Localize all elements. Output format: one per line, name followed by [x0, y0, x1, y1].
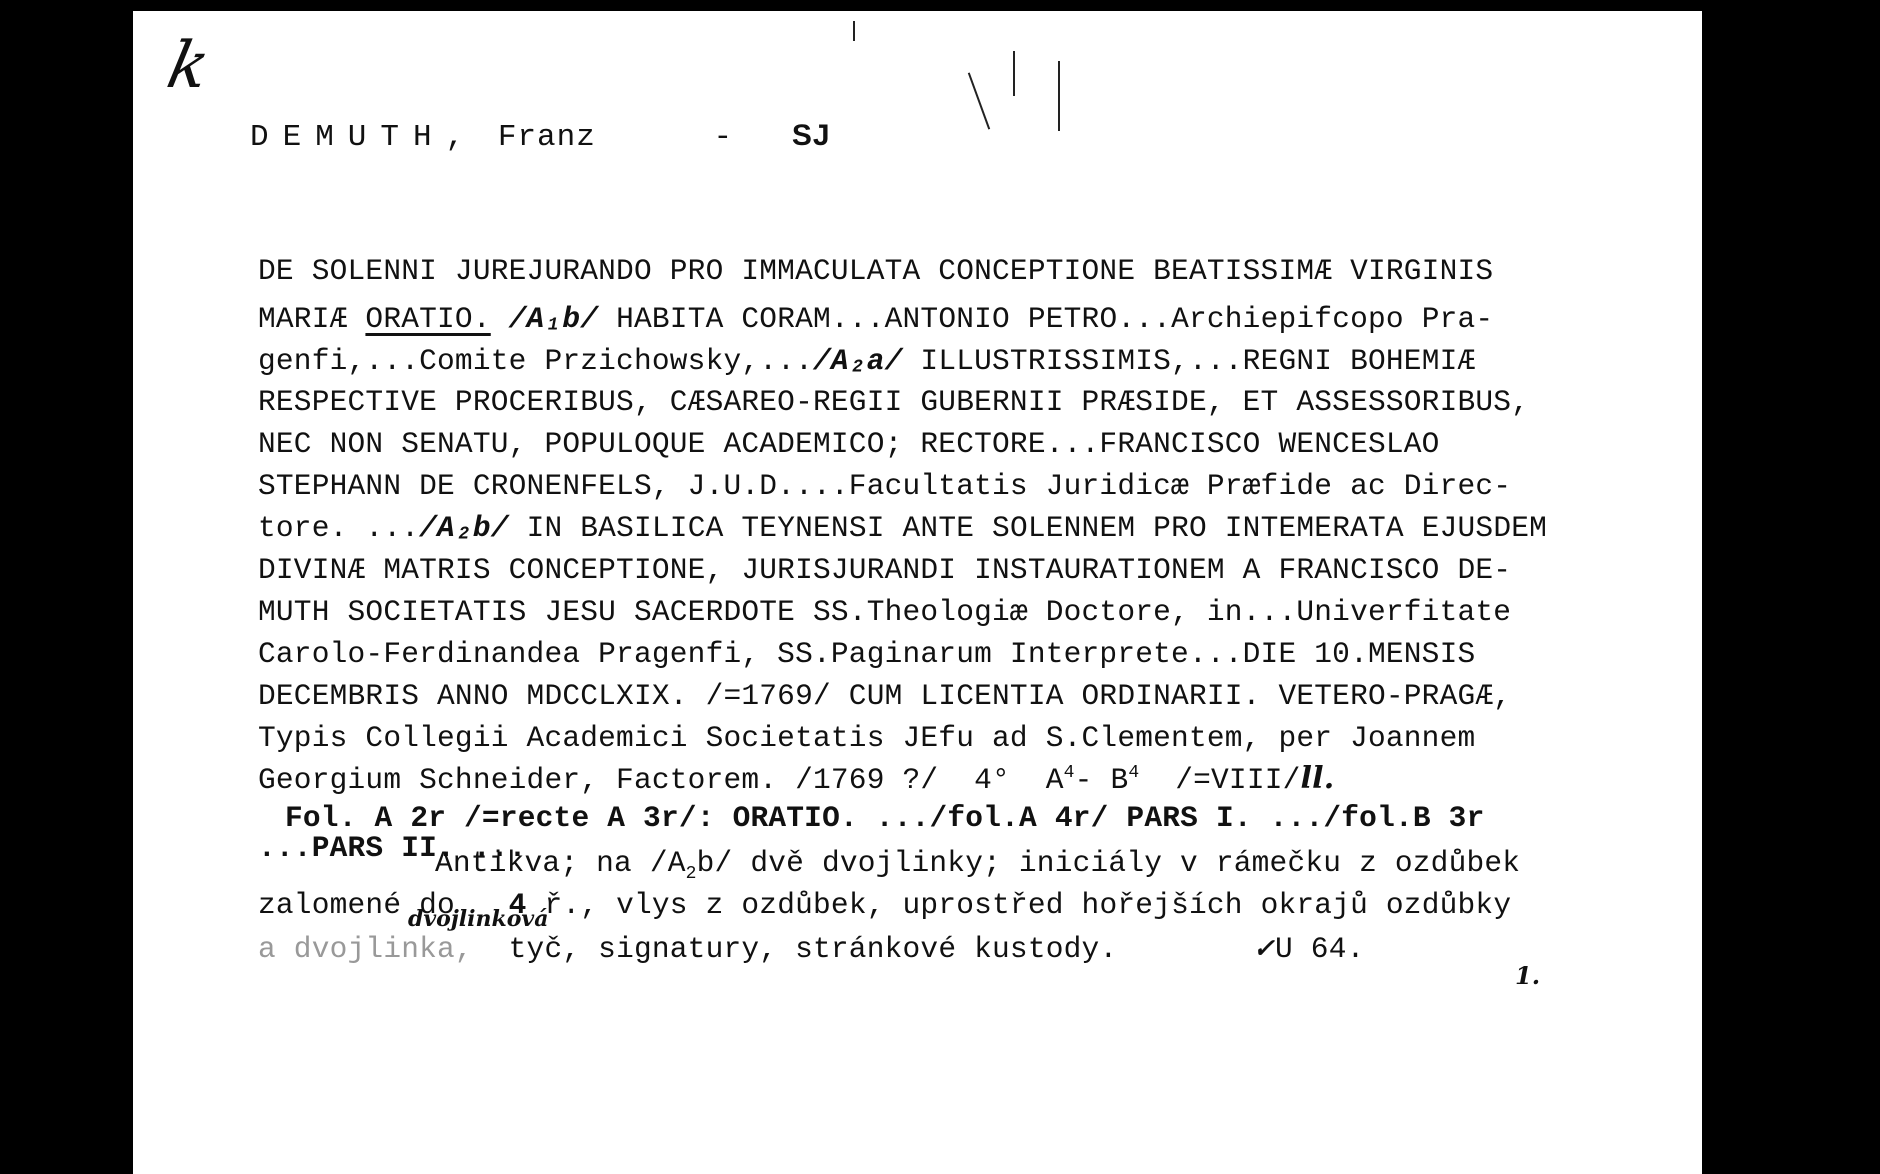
title-line: genfi,...Comite Przichowsky,.../A₂a/ ILL… — [258, 344, 1475, 378]
title-line: DE SOLENNI JUREJURANDO PRO IMMACULATA CO… — [258, 254, 1493, 288]
imprint-text: Georgium Schneider, Factorem. /1769 ?/ — [258, 763, 938, 797]
shelfmark-text: U 64. — [1275, 932, 1365, 966]
heading-dash: - — [713, 120, 733, 155]
faded-text: a dvojlinka, — [258, 932, 473, 966]
signature-mark: /A₂a/ — [813, 344, 903, 378]
title-line: STEPHANN DE CRONENFELS, J.U.D....Faculta… — [258, 469, 1511, 503]
signature-mark: /A₁b/ — [509, 302, 599, 336]
collation: A4- B4 — [1046, 763, 1140, 797]
text: 4 — [1064, 763, 1075, 783]
scan-speck — [968, 72, 990, 129]
handwritten-mark: k — [161, 29, 216, 103]
author-heading: DEMUTH, Franz - SJ — [250, 119, 831, 155]
catalog-card: k DEMUTH, Franz - SJ DE SOLENNI JUREJURA… — [133, 11, 1702, 1174]
signature-mark: /A₂b/ — [419, 511, 509, 545]
oratio-underlined: ORATIO. — [365, 302, 490, 336]
imprint-line: Georgium Schneider, Factorem. /1769 ?/ 4… — [258, 761, 1334, 797]
text: genfi,...Comite Przichowsky,... — [258, 344, 813, 378]
text: 2 — [686, 864, 697, 884]
title-line: NEC NON SENATU, POPULOQUE ACADEMICO; REC… — [258, 427, 1440, 461]
title-line: RESPECTIVE PROCERIBUS, CÆSAREO-REGII GUB… — [258, 385, 1529, 419]
text: tore. ... — [258, 511, 419, 545]
shelfmark: ✓U 64. — [1253, 932, 1365, 966]
format: 4° — [974, 763, 1010, 797]
text: Antikva; na /A — [435, 846, 686, 880]
scan-speck — [1058, 61, 1060, 131]
title-line: Typis Collegii Academici Societatis JEfu… — [258, 721, 1475, 755]
handwritten-initials: ll. — [1301, 761, 1335, 796]
title-line: DECEMBRIS ANNO MDCCLXIX. /=1769/ CUM LIC… — [258, 679, 1511, 713]
title-line: tore. .../A₂b/ IN BASILICA TEYNENSI ANTE… — [258, 511, 1547, 545]
card-number: 1. — [1515, 961, 1540, 990]
title-line: MARIÆ ORATIO. /A₁b/ HABITA CORAM...ANTON… — [258, 302, 1493, 336]
text: B — [1110, 763, 1128, 797]
note-line: a dvojlinka, tyč, signatury, stránkové k… — [258, 932, 1117, 966]
author-surname: DEMUTH, — [250, 120, 478, 155]
check-mark-icon: ✓ — [1253, 934, 1275, 964]
contents-line: Fol. A 2r /=recte A 3r/: ORATIO. .../fol… — [285, 801, 1485, 835]
text: - — [1075, 763, 1093, 797]
handwritten-insertion: dvojlinková — [408, 906, 548, 932]
title-line: Carolo-Ferdinandea Pragenfi, SS.Paginaru… — [258, 637, 1475, 671]
text: 4 — [1128, 763, 1139, 783]
author-given-name: Franz — [498, 120, 596, 155]
title-line: DIVINÆ MATRIS CONCEPTIONE, JURISJURANDI … — [258, 553, 1511, 587]
text: tyč, signatury, stránkové kustody. — [509, 932, 1118, 966]
note-line: Antikva; na /A2b/ dvě dvojlinky; iniciál… — [435, 846, 1520, 884]
title-line: MUTH SOCIETATIS JESU SACERDOTE SS.Theolo… — [258, 595, 1511, 629]
text: MARIÆ — [258, 302, 348, 336]
scan-speck — [1013, 51, 1015, 96]
text: A — [1046, 763, 1064, 797]
text: ILLUSTRISSIMIS,...REGNI BOHEMIÆ — [920, 344, 1475, 378]
text: IN BASILICA TEYNENSI ANTE SOLENNEM PRO I… — [527, 511, 1547, 545]
page-count: /=VIII/ — [1175, 763, 1300, 797]
text: ř., vlys z ozdůbek, uprostřed hořejších … — [544, 888, 1511, 922]
text: b/ dvě dvojlinky; iniciály v rámečku z o… — [697, 846, 1521, 880]
religious-order: SJ — [792, 119, 831, 152]
text: HABITA CORAM...ANTONIO PETRO...Archiepif… — [616, 302, 1493, 336]
scan-speck — [853, 21, 855, 41]
